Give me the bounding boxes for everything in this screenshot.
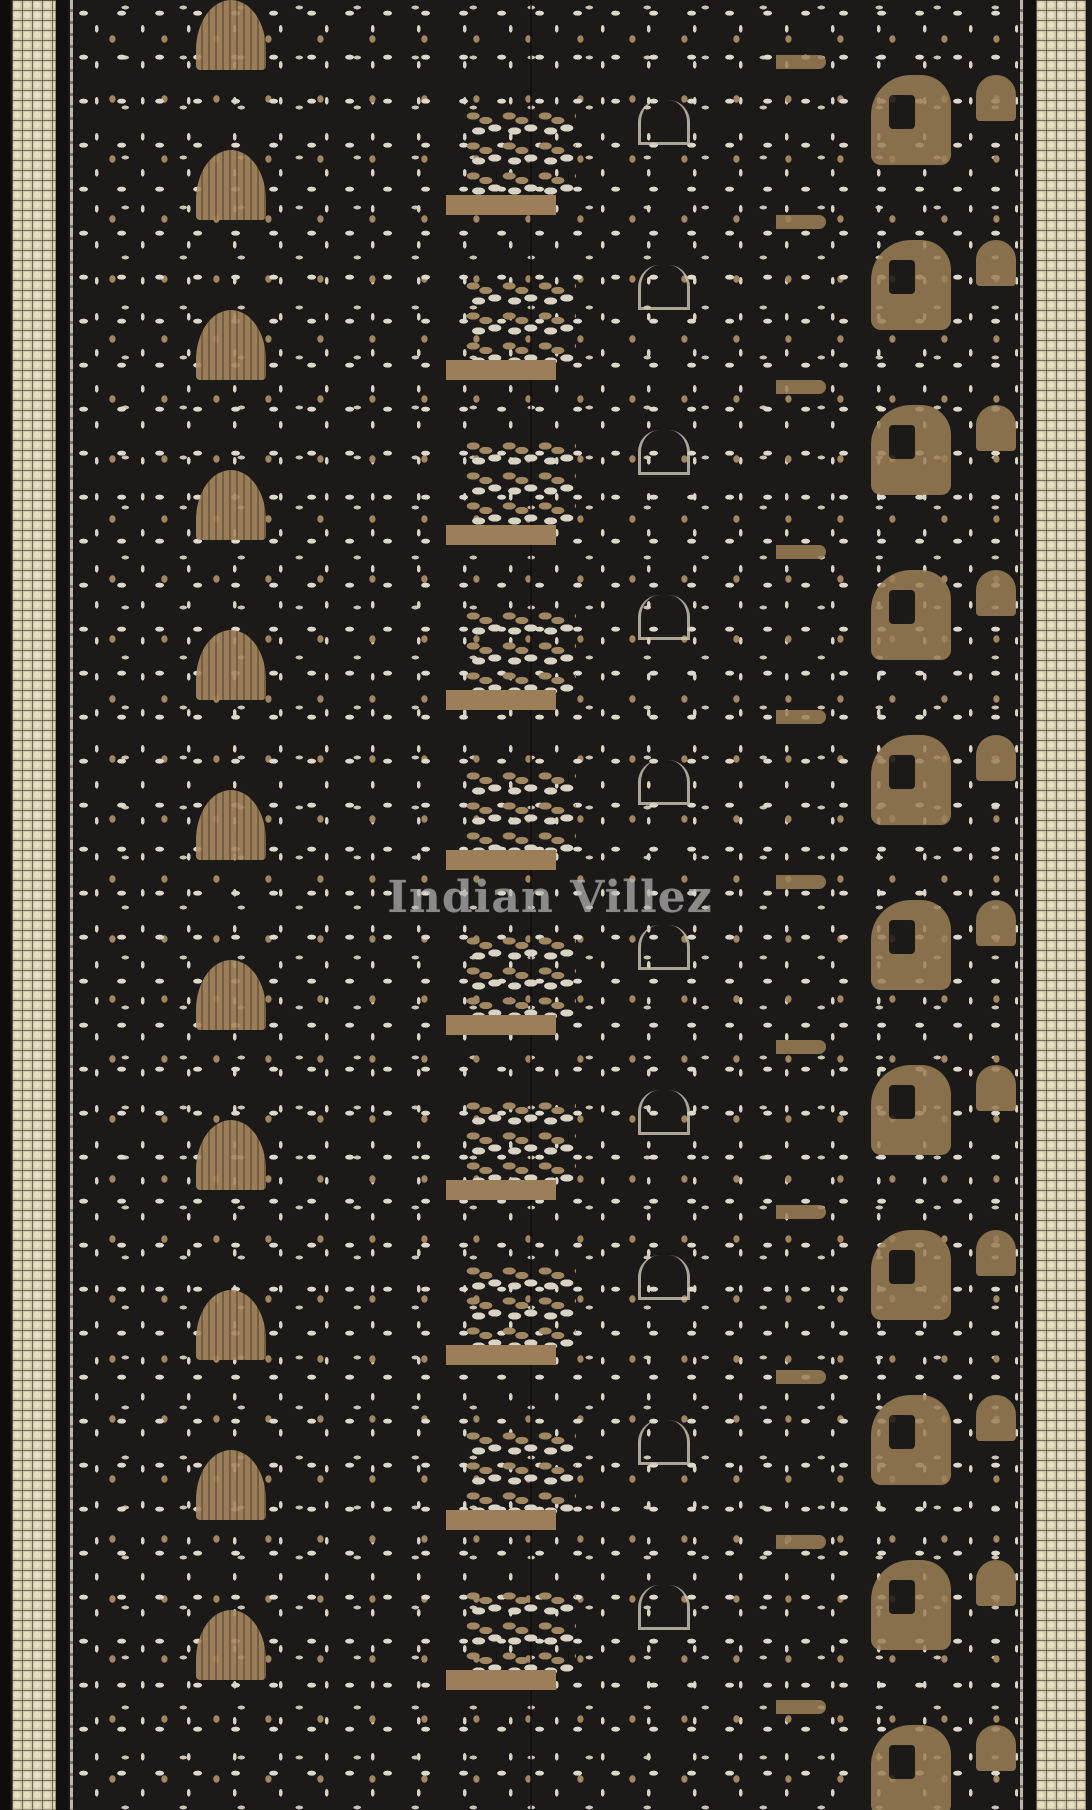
- bell-motif: [976, 240, 1016, 286]
- horn-motif: [776, 1205, 826, 1219]
- hut-motif: [196, 310, 266, 380]
- horn-motif: [776, 1040, 826, 1054]
- elephant-motif: [871, 405, 951, 495]
- horn-motif: [776, 1700, 826, 1714]
- tree-motif: [466, 770, 576, 860]
- bell-motif: [976, 735, 1016, 781]
- hut-motif: [196, 1120, 266, 1190]
- tree-motif: [466, 110, 576, 200]
- bell-motif: [976, 75, 1016, 121]
- horn-motif: [776, 380, 826, 394]
- horn-motif: [776, 545, 826, 559]
- ikat-line-left: [70, 0, 73, 1810]
- tree-motif: [466, 610, 576, 700]
- temple-motif: [638, 925, 690, 970]
- temple-motif: [638, 1585, 690, 1630]
- tree-trunk: [446, 690, 556, 710]
- horn-motif: [776, 55, 826, 69]
- tree-trunk: [446, 1510, 556, 1530]
- bell-motif: [976, 570, 1016, 616]
- temple-motif: [638, 760, 690, 805]
- elephant-motif: [871, 1065, 951, 1155]
- elephant-motif: [871, 1725, 951, 1810]
- tree-trunk: [446, 525, 556, 545]
- watermark-text: Indian Villez: [360, 872, 740, 923]
- hut-motif: [196, 150, 266, 220]
- tree-motif: [466, 1265, 576, 1355]
- bell-motif: [976, 900, 1016, 946]
- bell-motif: [976, 1230, 1016, 1276]
- tree-trunk: [446, 850, 556, 870]
- horn-motif: [776, 875, 826, 889]
- checked-border-left: [12, 0, 56, 1810]
- hut-motif: [196, 470, 266, 540]
- elephant-motif: [871, 1395, 951, 1485]
- tree-trunk: [446, 1345, 556, 1365]
- hut-motif: [196, 960, 266, 1030]
- elephant-motif: [871, 570, 951, 660]
- hut-motif: [196, 0, 266, 70]
- elephant-motif: [871, 735, 951, 825]
- hut-motif: [196, 790, 266, 860]
- checked-border-right: [1036, 0, 1086, 1810]
- elephant-motif: [871, 1230, 951, 1320]
- elephant-motif: [871, 75, 951, 165]
- temple-motif: [638, 595, 690, 640]
- tree-motif: [466, 935, 576, 1025]
- tree-motif: [466, 1430, 576, 1520]
- tree-trunk: [446, 1180, 556, 1200]
- elephant-motif: [871, 1560, 951, 1650]
- tree-trunk: [446, 1015, 556, 1035]
- hut-motif: [196, 1290, 266, 1360]
- tree-trunk: [446, 1670, 556, 1690]
- horn-motif: [776, 215, 826, 229]
- tree-motif: [466, 440, 576, 530]
- temple-motif: [638, 265, 690, 310]
- bell-motif: [976, 1560, 1016, 1606]
- tree-trunk: [446, 360, 556, 380]
- ikat-line-right: [1020, 0, 1023, 1810]
- horn-motif: [776, 1535, 826, 1549]
- saree-fabric: Indian Villez: [0, 0, 1092, 1810]
- tree-motif: [466, 1100, 576, 1190]
- temple-motif: [638, 1420, 690, 1465]
- elephant-motif: [871, 900, 951, 990]
- bell-motif: [976, 1065, 1016, 1111]
- tree-trunk: [446, 195, 556, 215]
- bell-motif: [976, 405, 1016, 451]
- tree-motif: [466, 1590, 576, 1680]
- tree-motif: [466, 280, 576, 370]
- hut-motif: [196, 630, 266, 700]
- temple-motif: [638, 100, 690, 145]
- hut-motif: [196, 1450, 266, 1520]
- hut-motif: [196, 1610, 266, 1680]
- temple-motif: [638, 1255, 690, 1300]
- elephant-motif: [871, 240, 951, 330]
- horn-motif: [776, 710, 826, 724]
- bell-motif: [976, 1725, 1016, 1771]
- temple-motif: [638, 430, 690, 475]
- dark-strip-left: [56, 0, 68, 1810]
- horn-motif: [776, 1370, 826, 1384]
- selvedge-edge-left: [0, 0, 10, 1810]
- temple-motif: [638, 1090, 690, 1135]
- bell-motif: [976, 1395, 1016, 1441]
- dark-strip-right: [1024, 0, 1036, 1810]
